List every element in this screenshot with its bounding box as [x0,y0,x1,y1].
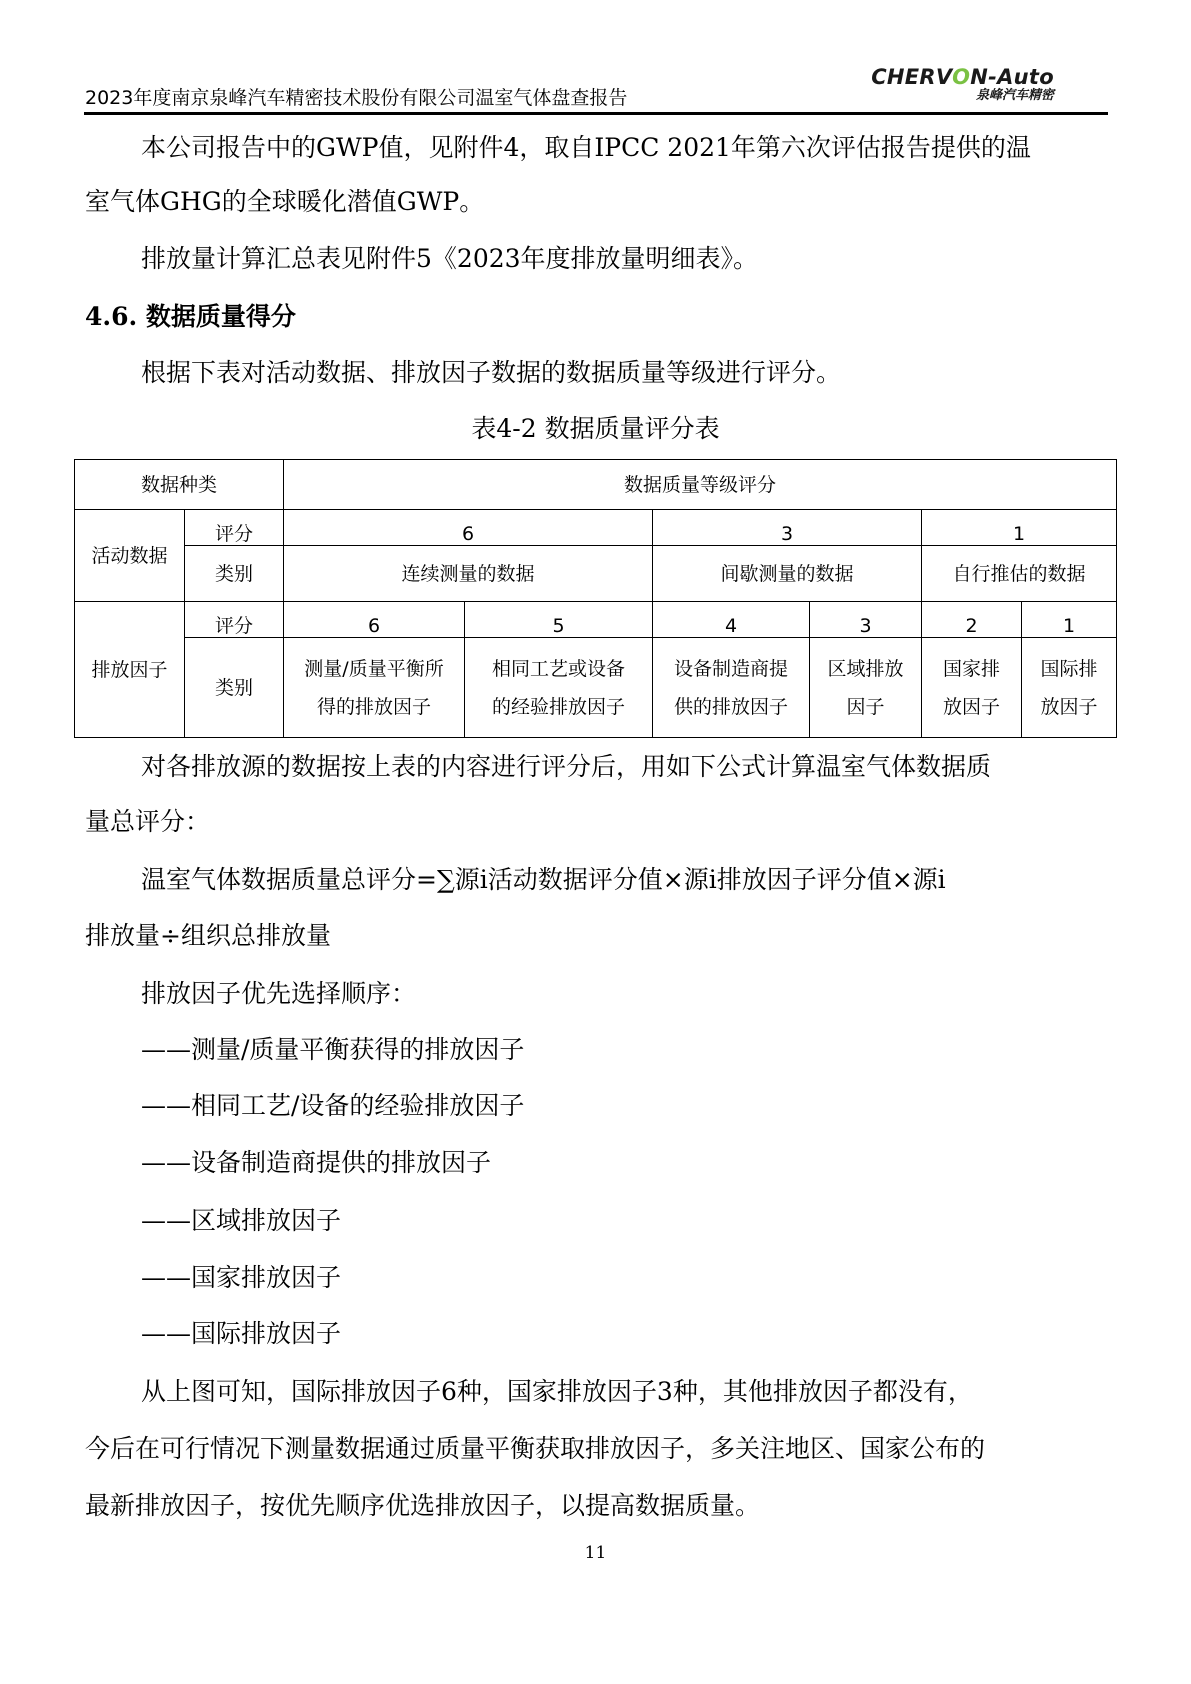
cell-line: 测量/质量平衡所 [284,650,464,688]
row-label-emission-factor: 排放因子 [75,602,185,738]
cell-line: 因子 [810,688,921,726]
activity-category-cell: 连续测量的数据 [284,546,653,602]
paragraph-table-intro: 根据下表对活动数据、排放因子数据的数据质量等级进行评分。 [141,358,1116,388]
table-header-quality-score: 数据质量等级评分 [284,460,1117,510]
table-caption: 表4-2 数据质量评分表 [0,414,1191,444]
section-heading: 4.6. 数据质量得分 [85,302,1115,332]
cell-line: 供的排放因子 [653,688,809,726]
cell-line: 国际排 [1022,650,1116,688]
cell-line: 的经验排放因子 [465,688,652,726]
cell-line: 设备制造商提 [653,650,809,688]
priority-item: ——相同工艺/设备的经验排放因子 [141,1091,1116,1121]
factor-category-cell: 相同工艺或设备的经验排放因子 [465,638,653,738]
activity-score-cell: 3 [653,510,922,546]
activity-score-label: 评分 [185,510,284,546]
factor-category-label: 类别 [185,638,284,738]
cell-line: 放因子 [1022,688,1116,726]
activity-score-cell: 6 [284,510,653,546]
logo-wordmark: CHERVON-Auto [871,66,1054,88]
paragraph-scoring-line1: 对各排放源的数据按上表的内容进行评分后，用如下公式计算温室气体数据质 [141,752,1116,782]
paragraph-scoring-line2: 量总评分： [85,807,1115,837]
priority-item: ——设备制造商提供的排放因子 [141,1148,1116,1178]
paragraph-gwp-line2: 室气体GHG的全球暖化潜值GWP。 [85,187,1115,217]
logo-text-suffix: N-Auto [970,65,1054,89]
logo-subtitle: 泉峰汽车精密 [976,88,1054,103]
priority-item: ——区域排放因子 [141,1206,1116,1236]
factor-score-cell: 6 [284,602,465,638]
factor-score-cell: 2 [922,602,1022,638]
activity-category-cell: 自行推估的数据 [922,546,1117,602]
activity-score-cell: 1 [922,510,1117,546]
row-label-activity-data: 活动数据 [75,510,185,602]
paragraph-gwp-line1: 本公司报告中的GWP值，见附件4，取自IPCC 2021年第六次评估报告提供的温 [141,133,1116,163]
conclusion-line1: 从上图可知，国际排放因子6种，国家排放因子3种，其他排放因子都没有， [141,1377,1116,1407]
report-header-title: 2023年度南京泉峰汽车精密技术股份有限公司温室气体盘查报告 [85,86,627,110]
cell-line: 区域排放 [810,650,921,688]
factor-score-cell: 1 [1022,602,1117,638]
activity-category-cell: 间歇测量的数据 [653,546,922,602]
factor-score-cell: 5 [465,602,653,638]
page-number: 11 [0,1543,1191,1563]
factor-category-cell: 国际排放因子 [1022,638,1117,738]
factor-score-cell: 4 [653,602,810,638]
priority-item: ——国家排放因子 [141,1263,1116,1293]
priority-item: ——测量/质量平衡获得的排放因子 [141,1035,1116,1065]
header-divider [84,112,1108,115]
cell-line: 得的排放因子 [284,688,464,726]
priority-intro: 排放因子优先选择顺序： [141,979,1116,1009]
table-header-data-type: 数据种类 [75,460,284,510]
paragraph-emission-summary: 排放量计算汇总表见附件5《2023年度排放量明细表》。 [141,244,1116,274]
cell-line: 相同工艺或设备 [465,650,652,688]
factor-category-cell: 国家排放因子 [922,638,1022,738]
company-logo: CHERVON-Auto 泉峰汽车精密 [862,66,1054,106]
conclusion-line2: 今后在可行情况下测量数据通过质量平衡获取排放因子，多关注地区、国家公布的 [85,1434,1115,1464]
data-quality-score-table: 数据种类 数据质量等级评分 活动数据 评分 6 3 1 类别 连续测量的数据 间… [74,459,1117,738]
factor-score-label: 评分 [185,602,284,638]
priority-item: ——国际排放因子 [141,1319,1116,1349]
formula-line2: 排放量÷组织总排放量 [85,921,1115,951]
conclusion-line3: 最新排放因子，按优先顺序优选排放因子，以提高数据质量。 [85,1491,1115,1521]
cell-line: 国家排 [922,650,1021,688]
activity-category-label: 类别 [185,546,284,602]
factor-category-cell: 测量/质量平衡所得的排放因子 [284,638,465,738]
cell-line: 放因子 [922,688,1021,726]
factor-category-cell: 设备制造商提供的排放因子 [653,638,810,738]
logo-green-o: O [952,65,970,89]
factor-category-cell: 区域排放因子 [810,638,922,738]
factor-score-cell: 3 [810,602,922,638]
formula-line1: 温室气体数据质量总评分=∑源i活动数据评分值×源i排放因子评分值×源i [141,865,1116,895]
logo-text-prefix: CHERV [871,65,952,89]
